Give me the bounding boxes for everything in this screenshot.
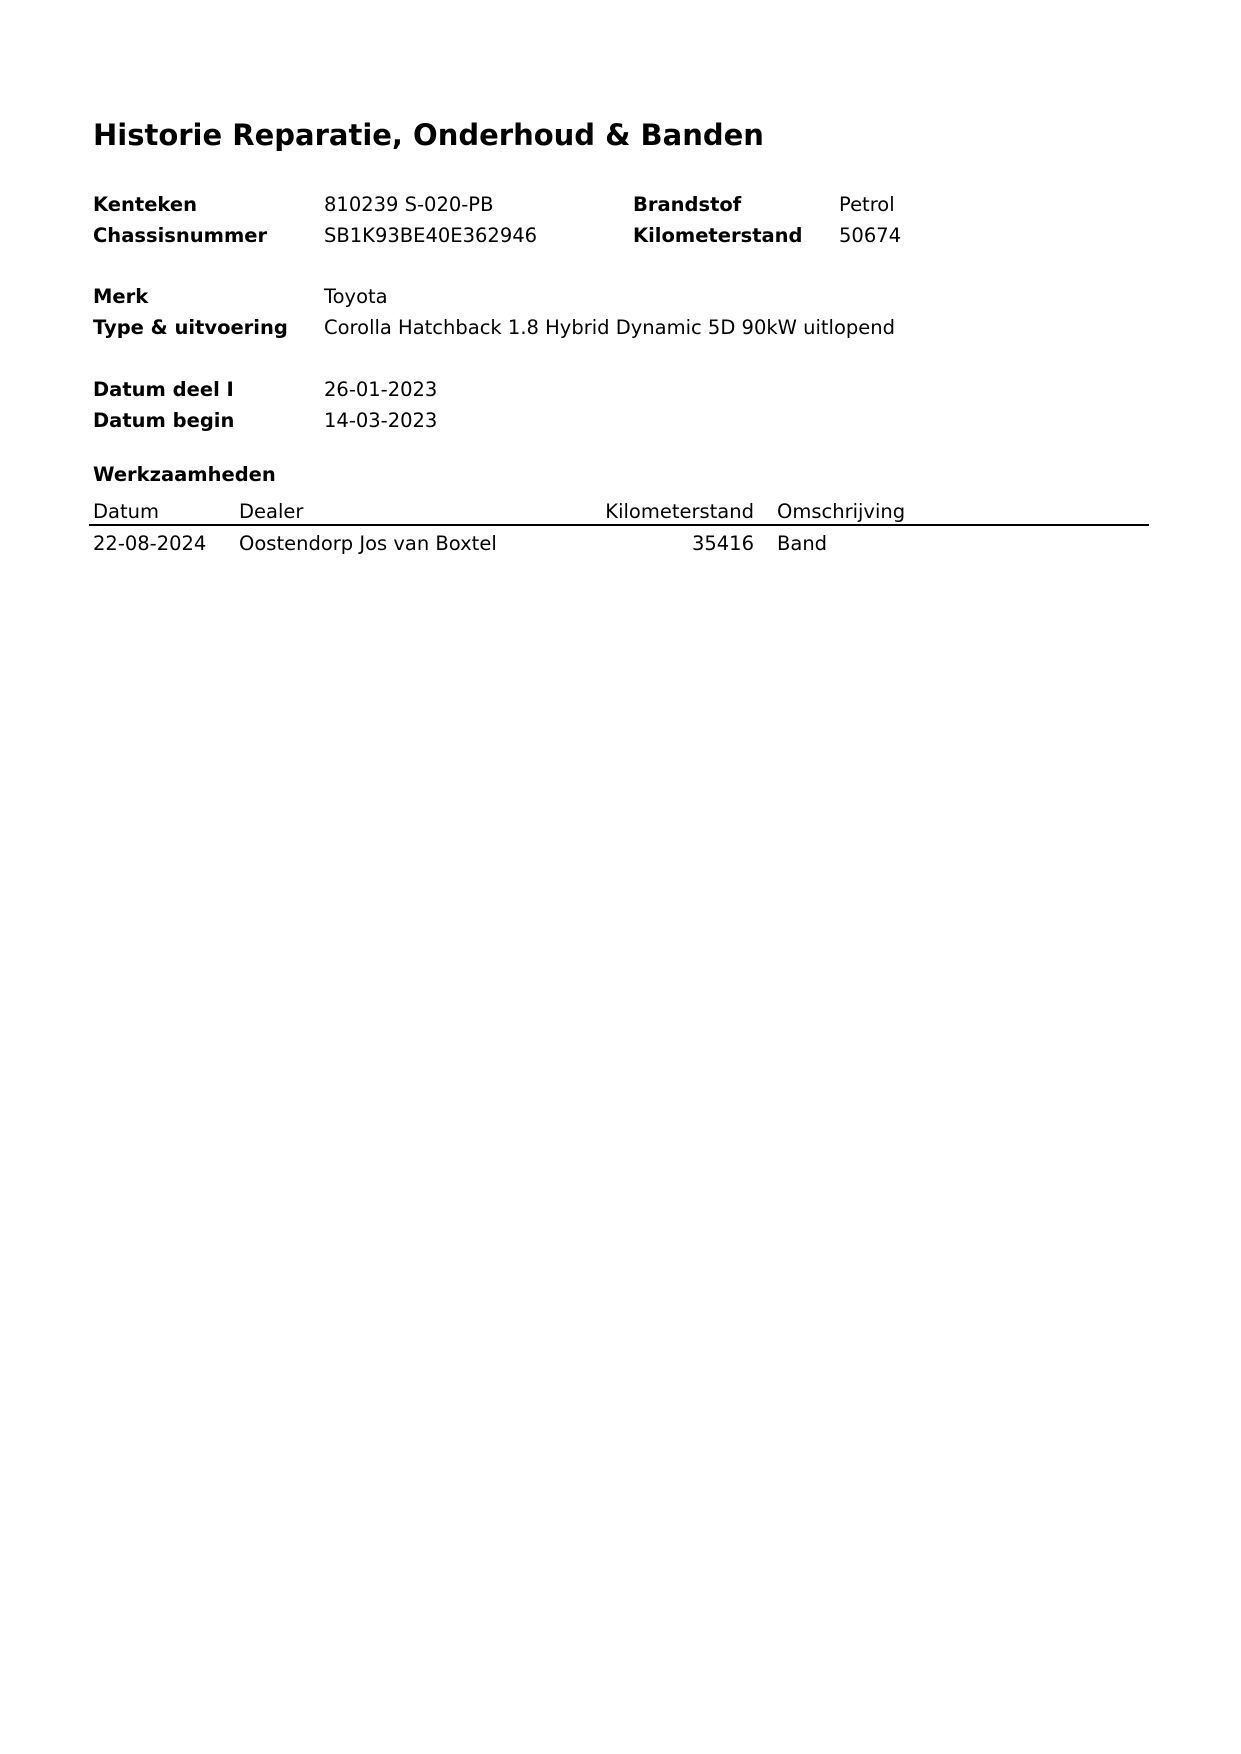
brandstof-label: Brandstof — [633, 193, 741, 216]
kenteken-value: 810239 S-020-PB — [324, 193, 493, 216]
column-header-datum: Datum — [93, 500, 159, 523]
datum-begin-label: Datum begin — [93, 409, 234, 432]
merk-label: Merk — [93, 285, 148, 308]
merk-value: Toyota — [324, 285, 388, 308]
type-label: Type & uitvoering — [93, 316, 288, 339]
cell-dealer: Oostendorp Jos van Boxtel — [239, 532, 497, 555]
table-header-divider — [89, 524, 1149, 526]
page-title: Historie Reparatie, Onderhoud & Banden — [93, 118, 764, 152]
werkzaamheden-heading: Werkzaamheden — [93, 463, 276, 486]
column-header-dealer: Dealer — [239, 500, 303, 523]
column-header-kilometerstand: Kilometerstand — [560, 500, 754, 523]
chassisnummer-label: Chassisnummer — [93, 224, 267, 247]
type-value: Corolla Hatchback 1.8 Hybrid Dynamic 5D … — [324, 316, 895, 339]
cell-datum: 22-08-2024 — [93, 532, 206, 555]
datum-begin-value: 14-03-2023 — [324, 409, 437, 432]
cell-omschrijving: Band — [777, 532, 827, 555]
datum-deel-1-value: 26-01-2023 — [324, 378, 437, 401]
column-header-omschrijving: Omschrijving — [777, 500, 905, 523]
brandstof-value: Petrol — [839, 193, 895, 216]
datum-deel-1-label: Datum deel I — [93, 378, 234, 401]
kilometerstand-value: 50674 — [839, 224, 901, 247]
chassisnummer-value: SB1K93BE40E362946 — [324, 224, 537, 247]
kilometerstand-label: Kilometerstand — [633, 224, 803, 247]
cell-kilometerstand: 35416 — [560, 532, 754, 555]
kenteken-label: Kenteken — [93, 193, 197, 216]
